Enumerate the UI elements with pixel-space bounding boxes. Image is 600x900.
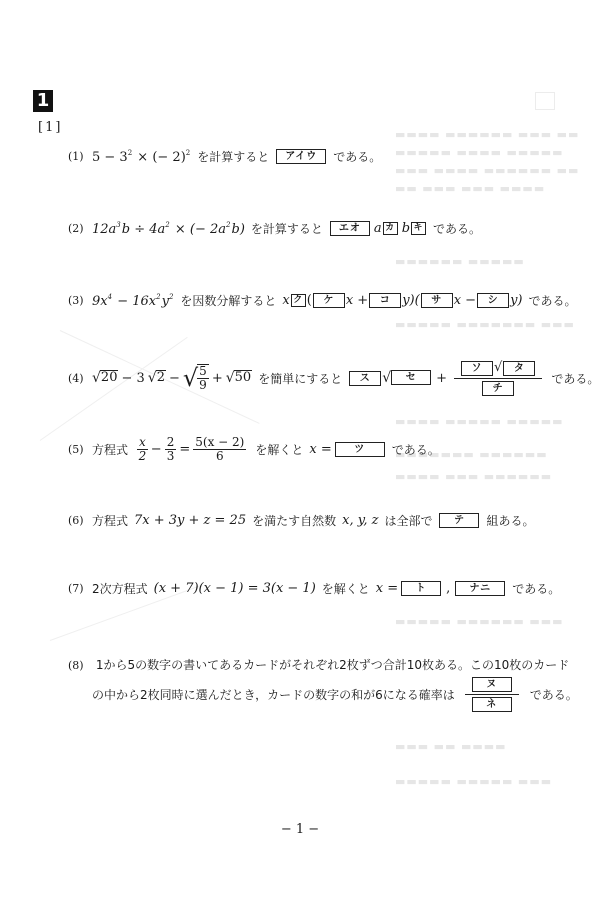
question-8-line2: の中から2枚同時に選んだとき，カードの数字の和が6になる確率は ヌ ネ である。 [92,676,578,712]
equation: 7x + 3y + z = 25 [134,513,246,528]
expr-part: − [169,371,180,386]
exponent: 2 [226,221,230,229]
variable-x: x [282,293,289,308]
question-text: を計算すると [197,148,269,165]
expr-part: y)( [402,293,420,308]
question-text: を解くと [255,441,303,458]
numerator: ヌ [465,676,519,695]
question-4: (4) √20 − 3 √2 − √59 + √50 を簡単にすると ス √セ … [68,360,600,396]
bleed-text: ▬▬▬▬ ▬▬▬▬▬ ▬▬▬▬▬ [395,415,564,428]
denominator: 2 [139,450,147,463]
sqrt-2: √2 [148,370,166,386]
expr-part: − 3 [121,371,144,386]
bleed-text: ▬▬▬▬▬ ▬▬▬▬ ▬▬▬▬▬ [395,146,564,159]
question-number: (3) [68,294,92,307]
sqrt-fraction: √59 [183,364,209,392]
answer-box-nani[interactable]: ナニ [455,581,505,596]
sqrt-20: √20 [92,370,118,386]
variable-b: b [402,221,410,236]
variables: x, y, z [342,513,378,528]
fraction-x-2: x2 [137,436,148,463]
answer-box-so[interactable]: ソ [461,361,493,376]
page-number: − 1 − [0,822,600,837]
question-text: である。 [530,686,578,703]
expr-part: 5 − 3 [92,150,128,165]
radicand: 2 [156,370,166,385]
expr-part: − 16x [113,294,156,309]
question-1: (1) 5 − 32 × (− 2)2 を計算すると アイウ である。 [68,148,387,165]
bleed-text: ▬▬▬▬▬ ▬▬▬▬▬▬▬ ▬▬▬ [395,318,575,331]
expr-part: x = [376,581,398,596]
expr-part: × (− 2a [171,222,226,237]
exponent: 3 [116,221,120,229]
radical-icon: √ [494,360,502,375]
fraction-2-3: 23 [165,436,177,463]
expr-part: x + [346,293,368,308]
answer-box-ka[interactable]: カ [383,222,398,235]
numerator: 5(x − 2) [193,436,246,450]
subsection-label: [1] [38,120,62,135]
radical-icon: √ [382,370,391,386]
bleed-text: ▬▬▬ ▬▬ ▬▬▬▬ [395,740,507,753]
question-label: 方程式 [92,512,128,529]
numerator: 5 [197,365,209,379]
answer-box-su[interactable]: ス [349,371,381,386]
expr-part: b) [232,222,245,237]
math-expression: 9x4 − 16x2y2 [92,293,174,309]
answer-box-se[interactable]: セ [391,370,431,385]
expr-part: − [151,442,162,457]
numerator: x [137,436,148,450]
question-6: (6) 方程式 7x + 3y + z = 25 を満たす自然数 x, y, z… [68,512,540,529]
denominator: 9 [199,379,207,392]
question-text: を計算すると [251,220,323,237]
question-text: である。 [392,441,440,458]
question-text: を満たす自然数 [252,512,336,529]
question-number: (4) [68,372,92,385]
bleed-text: ▬▬ ▬▬▬ ▬▬▬ ▬▬▬▬ [395,182,545,195]
fraction-rhs: 5(x − 2)6 [193,436,246,463]
math-expression: 5 − 32 × (− 2)2 [92,149,191,165]
question-number: (6) [68,514,92,527]
exponent: 2 [165,221,169,229]
answer-fraction: ヌ ネ [465,676,519,712]
equation: (x + 7)(x − 1) = 3(x − 1) [154,581,316,596]
question-text: である。 [528,292,576,309]
question-text: 組ある。 [486,512,534,529]
exponent: 2 [169,293,173,301]
expr-part: y [162,294,169,309]
question-label: 2次方程式 [92,580,148,597]
comma: , [446,581,450,596]
question-2: (2) 12a3b ÷ 4a2 × (− 2a2b) を計算すると エオ a カ… [68,220,487,237]
bleed-box [535,92,555,110]
radicand: 50 [234,370,253,385]
question-number: (1) [68,150,92,163]
question-number: (5) [68,443,92,456]
radicand: 20 [100,370,119,385]
bleed-text: ▬▬▬▬▬ ▬▬▬▬▬ ▬▬▬ [395,775,552,788]
exponent: 2 [128,149,132,157]
exponent: 2 [156,293,160,301]
question-text: は全部で [384,512,432,529]
bleed-text: ▬▬▬ ▬▬▬▬ ▬▬▬▬▬▬ ▬▬ [395,164,579,177]
question-8-line1: (8) 1から5の数字の書いてあるカードがそれぞれ2枚ずつ合計10枚ある。この1… [68,656,569,673]
question-text: を解くと [322,580,370,597]
question-text: である。 [433,220,481,237]
denominator: チ [481,379,515,396]
fraction: 59 [197,364,209,392]
question-number: (8) [68,659,92,672]
answer-box-to[interactable]: ト [401,581,441,596]
question-text: を簡単にすると [258,370,342,387]
numerator: ソ√タ [454,360,542,379]
math-expression: 12a3b ÷ 4a2 × (− 2a2b) [92,221,245,237]
answer-box-tsu[interactable]: ツ [335,442,385,457]
expr-part: = [179,442,190,457]
question-text: の中から2枚同時に選んだとき，カードの数字の和が6になる確率は [92,686,455,703]
answer-box-ke[interactable]: ケ [313,293,345,308]
question-number: (2) [68,222,92,235]
expr-part: y) [510,293,522,308]
answer-box-shi[interactable]: シ [477,293,509,308]
variable-a: a [374,221,382,236]
question-5: (5) 方程式 x2 − 23 = 5(x − 2)6 を解くと x = ツ で… [68,436,446,463]
answer-box-eo[interactable]: エオ [330,221,370,236]
exponent: 4 [108,293,112,301]
answer-box-ta[interactable]: タ [503,361,535,376]
question-number: (7) [68,582,92,595]
denominator: ネ [471,695,513,712]
answer-box-te[interactable]: テ [439,513,479,528]
sqrt-50: √50 [226,370,252,386]
answer-fraction: ソ√タ チ [454,360,542,396]
paren: ( [307,293,312,308]
expr-part: + [436,371,447,386]
question-3: (3) 9x4 − 16x2y2 を因数分解すると x ク ( ケ x + コ … [68,292,583,309]
answer-box-nu[interactable]: ヌ [472,677,512,692]
exponent: 2 [186,149,190,157]
question-text: を因数分解すると [180,292,276,309]
expr-part: + [212,371,223,386]
question-7: (7) 2次方程式 (x + 7)(x − 1) = 3(x − 1) を解くと… [68,580,566,597]
answer-box-ko[interactable]: コ [369,293,401,308]
question-text: である。 [551,370,599,387]
expr-part: x − [454,293,476,308]
answer-box-ne[interactable]: ネ [472,697,512,712]
answer-box-ku[interactable]: ク [291,294,306,307]
question-text: 1から5の数字の書いてあるカードがそれぞれ2枚ずつ合計10枚ある。この10枚のカ… [96,658,569,672]
expr-part: b ÷ 4a [122,222,166,237]
expr-part: x = [309,442,331,457]
bleed-text: ▬▬▬▬▬▬ ▬▬▬▬▬ [395,255,525,268]
denominator: 3 [167,450,175,463]
expr-part: × (− 2) [133,150,186,165]
question-label: 方程式 [92,441,128,458]
bleed-text: ▬▬▬▬▬ ▬▬▬▬▬▬ ▬▬▬ [395,615,564,628]
denominator: 6 [216,450,224,463]
sqrt-box: √セ [382,370,432,386]
bleed-text: ▬▬▬▬ ▬▬▬ ▬▬▬▬▬▬ [395,470,552,483]
answer-box-ki[interactable]: キ [411,222,426,235]
numerator: 2 [165,436,177,450]
radical-icon: √ [183,364,198,392]
question-text: である。 [333,148,381,165]
expr-part: 12a [92,222,116,237]
answer-box-chi[interactable]: チ [482,381,514,396]
expr-part: 9x [92,294,108,309]
answer-box-aiu[interactable]: アイウ [276,149,326,164]
answer-box-sa[interactable]: サ [421,293,453,308]
bleed-text: ▬▬▬▬ ▬▬▬▬▬▬ ▬▬▬ ▬▬ [395,128,579,141]
section-number-badge: 1 [33,90,53,112]
question-text: である。 [512,580,560,597]
